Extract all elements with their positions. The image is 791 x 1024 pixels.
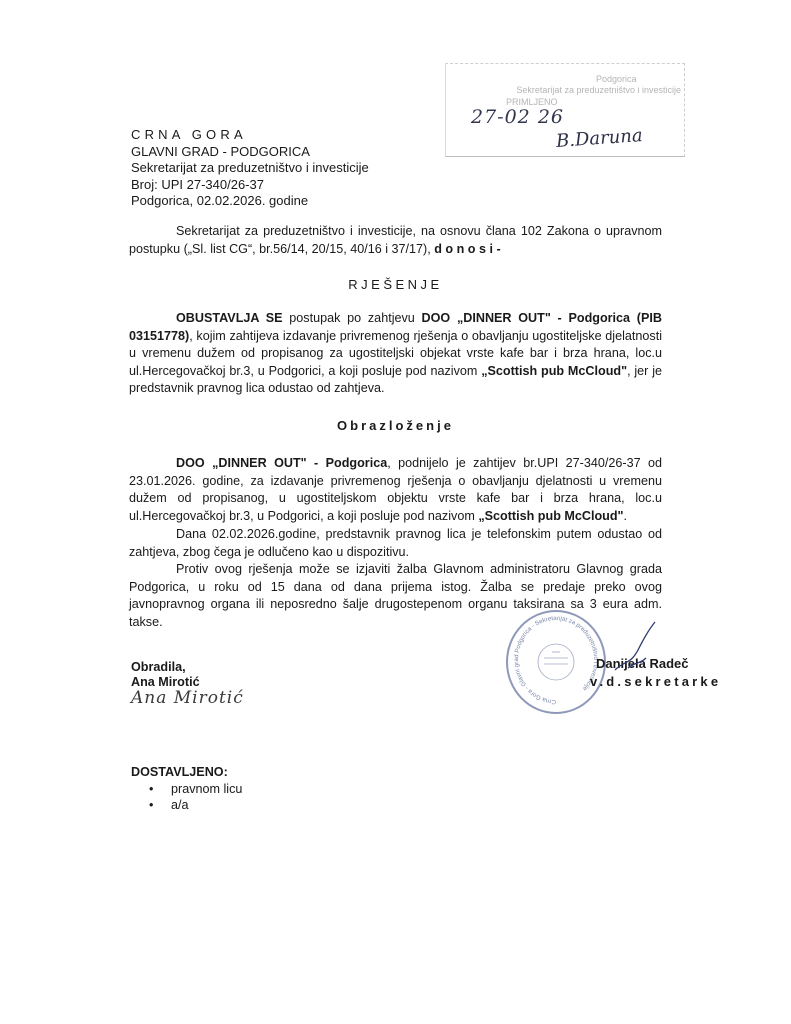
preamble-text: Sekretarijat za preduzetništvo i investi… — [129, 224, 662, 256]
distribution-list: •pravnom licu •a/a — [131, 781, 242, 813]
department-name: Sekretarijat za preduzetništvo i investi… — [131, 160, 369, 177]
preamble: Sekretarijat za preduzetništvo i investi… — [129, 223, 662, 258]
decision-text: postupak po zahtjevu — [283, 311, 422, 325]
signature-scrawl-icon — [610, 620, 660, 680]
decision-title: RJEŠENJE — [129, 277, 662, 292]
place-date: Podgorica, 02.02.2026. godine — [131, 193, 369, 210]
distribution-heading: DOSTAVLJENO: — [131, 765, 242, 779]
distribution-block: DOSTAVLJENO: •pravnom licu •a/a — [131, 765, 242, 813]
venue-name: „Scottish pub McCloud" — [478, 509, 623, 523]
stamp-faint-text: Podgorica — [596, 74, 637, 84]
reasoning-paragraph-2: Dana 02.02.2026.godine, predstavnik prav… — [129, 526, 662, 561]
reasoning-text: . — [624, 509, 628, 523]
prepared-by-signature: Ana Mirotić — [131, 691, 244, 706]
reasoning-paragraph-1: DOO „DINNER OUT" - Podgorica, podnijelo … — [129, 455, 662, 525]
prepared-by-label: Obradila, — [131, 660, 244, 675]
venue-name: „Scottish pub McCloud" — [481, 364, 627, 378]
company-name: DOO „DINNER OUT" - Podgorica — [176, 456, 387, 470]
distribution-item-label: a/a — [171, 798, 189, 812]
bullet-icon: • — [149, 781, 153, 797]
svg-text:Crna Gora - Glavni grad Podgor: Crna Gora - Glavni grad Podgorica - Sekr… — [513, 615, 599, 705]
bullet-icon: • — [149, 797, 153, 813]
received-stamp: Podgorica Sekretarijat za preduzetništvo… — [445, 63, 685, 157]
document-page: Podgorica Sekretarijat za preduzetništvo… — [0, 0, 791, 1024]
distribution-item-label: pravnom licu — [171, 782, 242, 796]
received-date-handwritten: 27-02 26 — [471, 106, 564, 128]
distribution-item: •a/a — [171, 797, 242, 813]
city-name: GLAVNI GRAD - PODGORICA — [131, 144, 369, 161]
reasoning-title: Obrazloženje — [129, 418, 662, 433]
decision-body: OBUSTAVLJA SE postupak po zahtjevu DOO „… — [129, 310, 662, 398]
signer-block: Danijela Radeč v.d.sekretarke — [590, 655, 721, 691]
stamp-faint-text: Sekretarijat za preduzetništvo i investi… — [461, 85, 681, 95]
preamble-donosi: d o n o s i - — [434, 242, 500, 256]
reference-number: Broj: UPI 27-340/26-37 — [131, 177, 369, 194]
received-signature-handwritten: B.Daruna — [555, 125, 643, 152]
decision-lead: OBUSTAVLJA SE — [176, 311, 283, 325]
letterhead: CRNA GORA GLAVNI GRAD - PODGORICA Sekret… — [131, 127, 369, 210]
prepared-by-block: Obradila, Ana Mirotić Ana Mirotić — [131, 660, 244, 706]
distribution-item: •pravnom licu — [171, 781, 242, 797]
country-name: CRNA GORA — [131, 127, 369, 144]
